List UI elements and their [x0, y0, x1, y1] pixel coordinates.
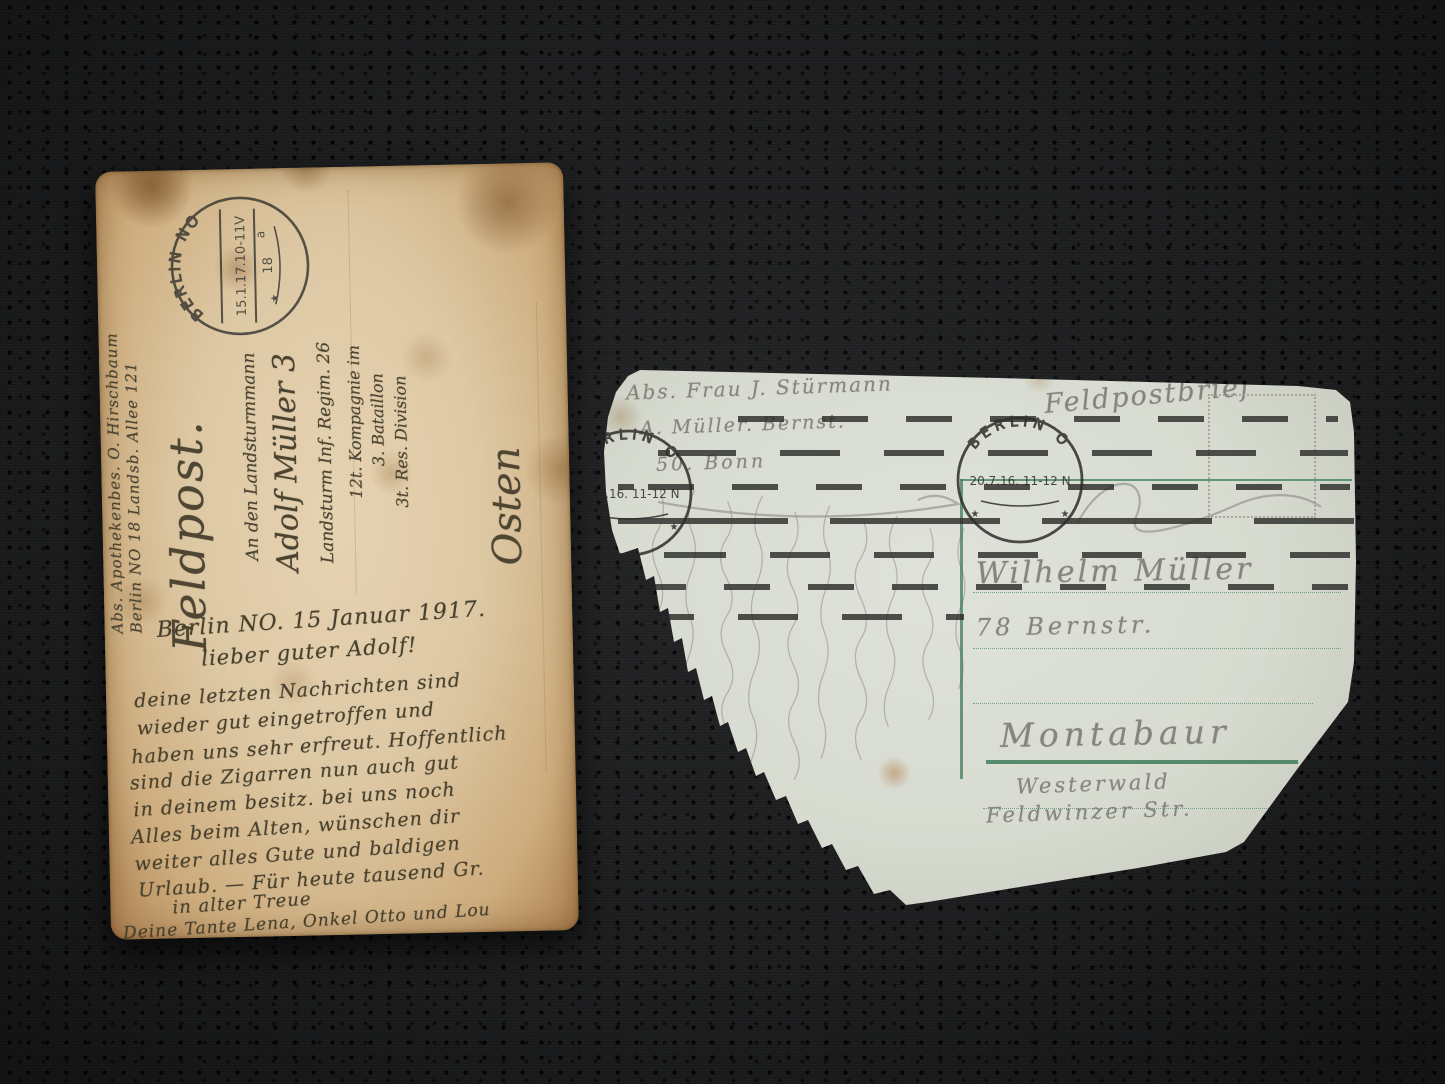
printed-form-line	[536, 303, 547, 773]
machine-cancel-bar	[658, 450, 1348, 456]
imprint-import-mark: Importé	[614, 580, 625, 632]
machine-cancel-bar	[634, 614, 964, 620]
machine-cancel-bar	[738, 416, 1338, 422]
postmark-town: BERLIN O	[575, 427, 684, 466]
machine-cancel-bar	[618, 518, 1354, 524]
address-rule-bold	[986, 760, 1298, 764]
address-line: 3t. Res. Division	[390, 375, 412, 507]
address-line: Landsturm Inf. Regim. 26	[314, 342, 339, 564]
recipient-extra: Feldwinzer Str.	[986, 796, 1193, 827]
recipient-region: Westerwald	[1016, 769, 1171, 798]
address-line: An den Landsturmmann	[239, 352, 263, 560]
left-postcard: Abs. Apothekenbes. O. Hirschbaum Berlin …	[95, 162, 579, 940]
address-rule	[973, 592, 1341, 593]
postmark-district: 18	[261, 257, 276, 274]
address-line: 12t. Kompagnie im	[344, 345, 366, 499]
message-line: lieber guter Adolf!	[201, 633, 418, 671]
photo-of-two-postcards-on-fabric: Abs. Apothekenbes. O. Hirschbaum Berlin …	[0, 0, 1445, 1084]
svg-text:BERLIN O: BERLIN O	[575, 427, 684, 466]
right-postcard: Abs. Frau J. Stürmann Feldpostbrief A. M…	[598, 362, 1358, 910]
postmark-letter: a	[253, 231, 267, 239]
postmark-berlin-o: BERLIN O 20.7.16. 11-12 N ★ ★	[945, 405, 1095, 555]
postmark-date: 15.1.17.10-11V	[233, 215, 250, 316]
machine-cancel-bar	[628, 584, 1348, 590]
machine-cancel-bar	[618, 484, 1350, 490]
postmark-berlin-no: BERLIN NO 15.1.17.10-11V 18 a ★	[153, 179, 327, 353]
recipient-street: 78 Bernstr.	[976, 610, 1156, 641]
stamp-box	[1208, 394, 1316, 518]
star-icon: ★	[270, 294, 281, 303]
recipient-town: Montabaur	[1000, 712, 1231, 755]
address-line: 3. Bataillon	[367, 373, 388, 466]
postmark-partial: BERLIN O 20.7.16. 11-12 N ★	[554, 418, 704, 568]
address-rule	[973, 703, 1313, 704]
sender-line-1: Abs. Frau J. Stürmann	[626, 371, 894, 404]
address-rule	[973, 648, 1341, 649]
machine-cancel-bar	[622, 552, 1352, 558]
address-destination: Osten	[483, 446, 531, 566]
address-line: Adolf Müller 3	[267, 353, 307, 573]
